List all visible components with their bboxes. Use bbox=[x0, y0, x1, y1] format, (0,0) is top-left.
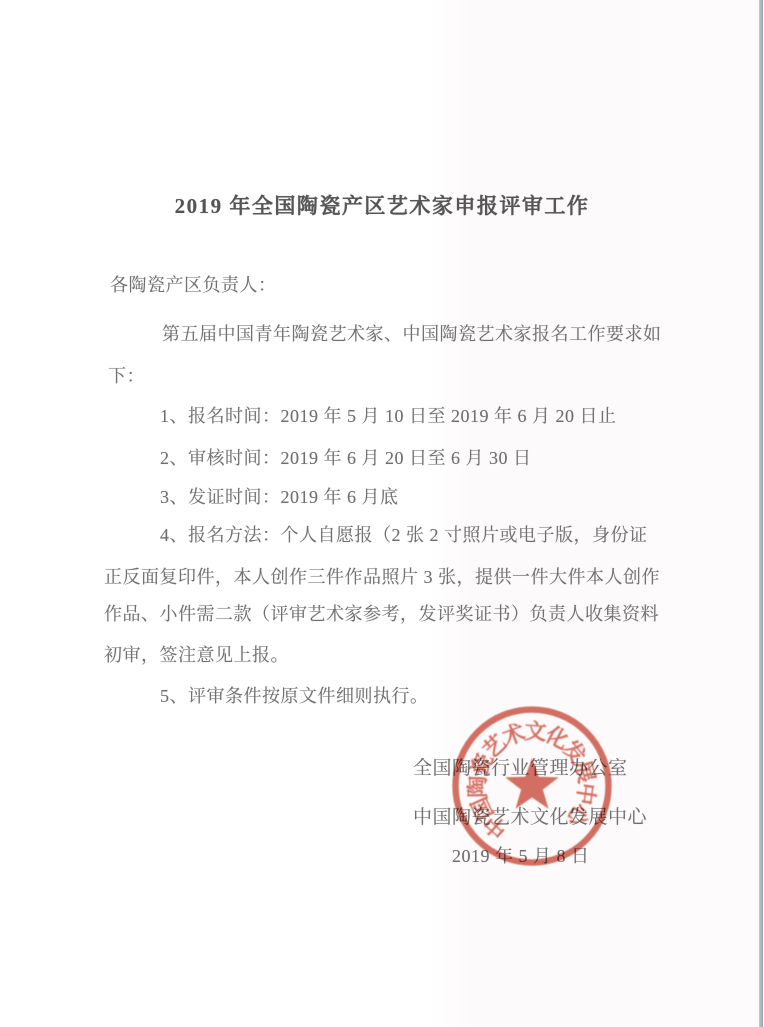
list-item-4: 4、报名方法：个人自愿报（2 张 2 寸照片或电子版，身份证 bbox=[160, 521, 648, 547]
document-page: 2019 年全国陶瓷产区艺术家申报评审工作 各陶瓷产区负责人： 第五届中国青年陶… bbox=[0, 0, 764, 1027]
list-item-5: 5、评审条件按原文件细则执行。 bbox=[160, 682, 429, 708]
body-line: 正反面复印件，本人创作三件作品照片 3 张，提供一件大件本人创作 bbox=[104, 563, 660, 589]
body-line: 下： bbox=[108, 362, 145, 388]
list-item-3: 3、发证时间：2019 年 6 月底 bbox=[160, 483, 399, 509]
body-line: 作品、小件需二款（评审艺术家参考，发评奖证书）负责人收集资料 bbox=[104, 600, 659, 626]
official-seal-icon: 中 国 陶 瓷 艺 术 文 化 发 展 中 心 bbox=[447, 701, 617, 871]
body-line: 初审，签注意见上报。 bbox=[104, 641, 289, 667]
list-item-2: 2、审核时间：2019 年 6 月 20 日至 6 月 30 日 bbox=[160, 444, 532, 470]
seal-star-icon bbox=[505, 758, 558, 809]
list-item-1: 1、报名时间：2019 年 5 月 10 日至 2019 年 6 月 20 日止 bbox=[160, 402, 617, 428]
body-line: 第五届中国青年陶瓷艺术家、中国陶瓷艺术家报名工作要求如 bbox=[162, 320, 662, 346]
document-title: 2019 年全国陶瓷产区艺术家申报评审工作 bbox=[0, 190, 764, 220]
salutation-line: 各陶瓷产区负责人： bbox=[110, 271, 277, 297]
scan-page-edge bbox=[759, 0, 763, 1027]
